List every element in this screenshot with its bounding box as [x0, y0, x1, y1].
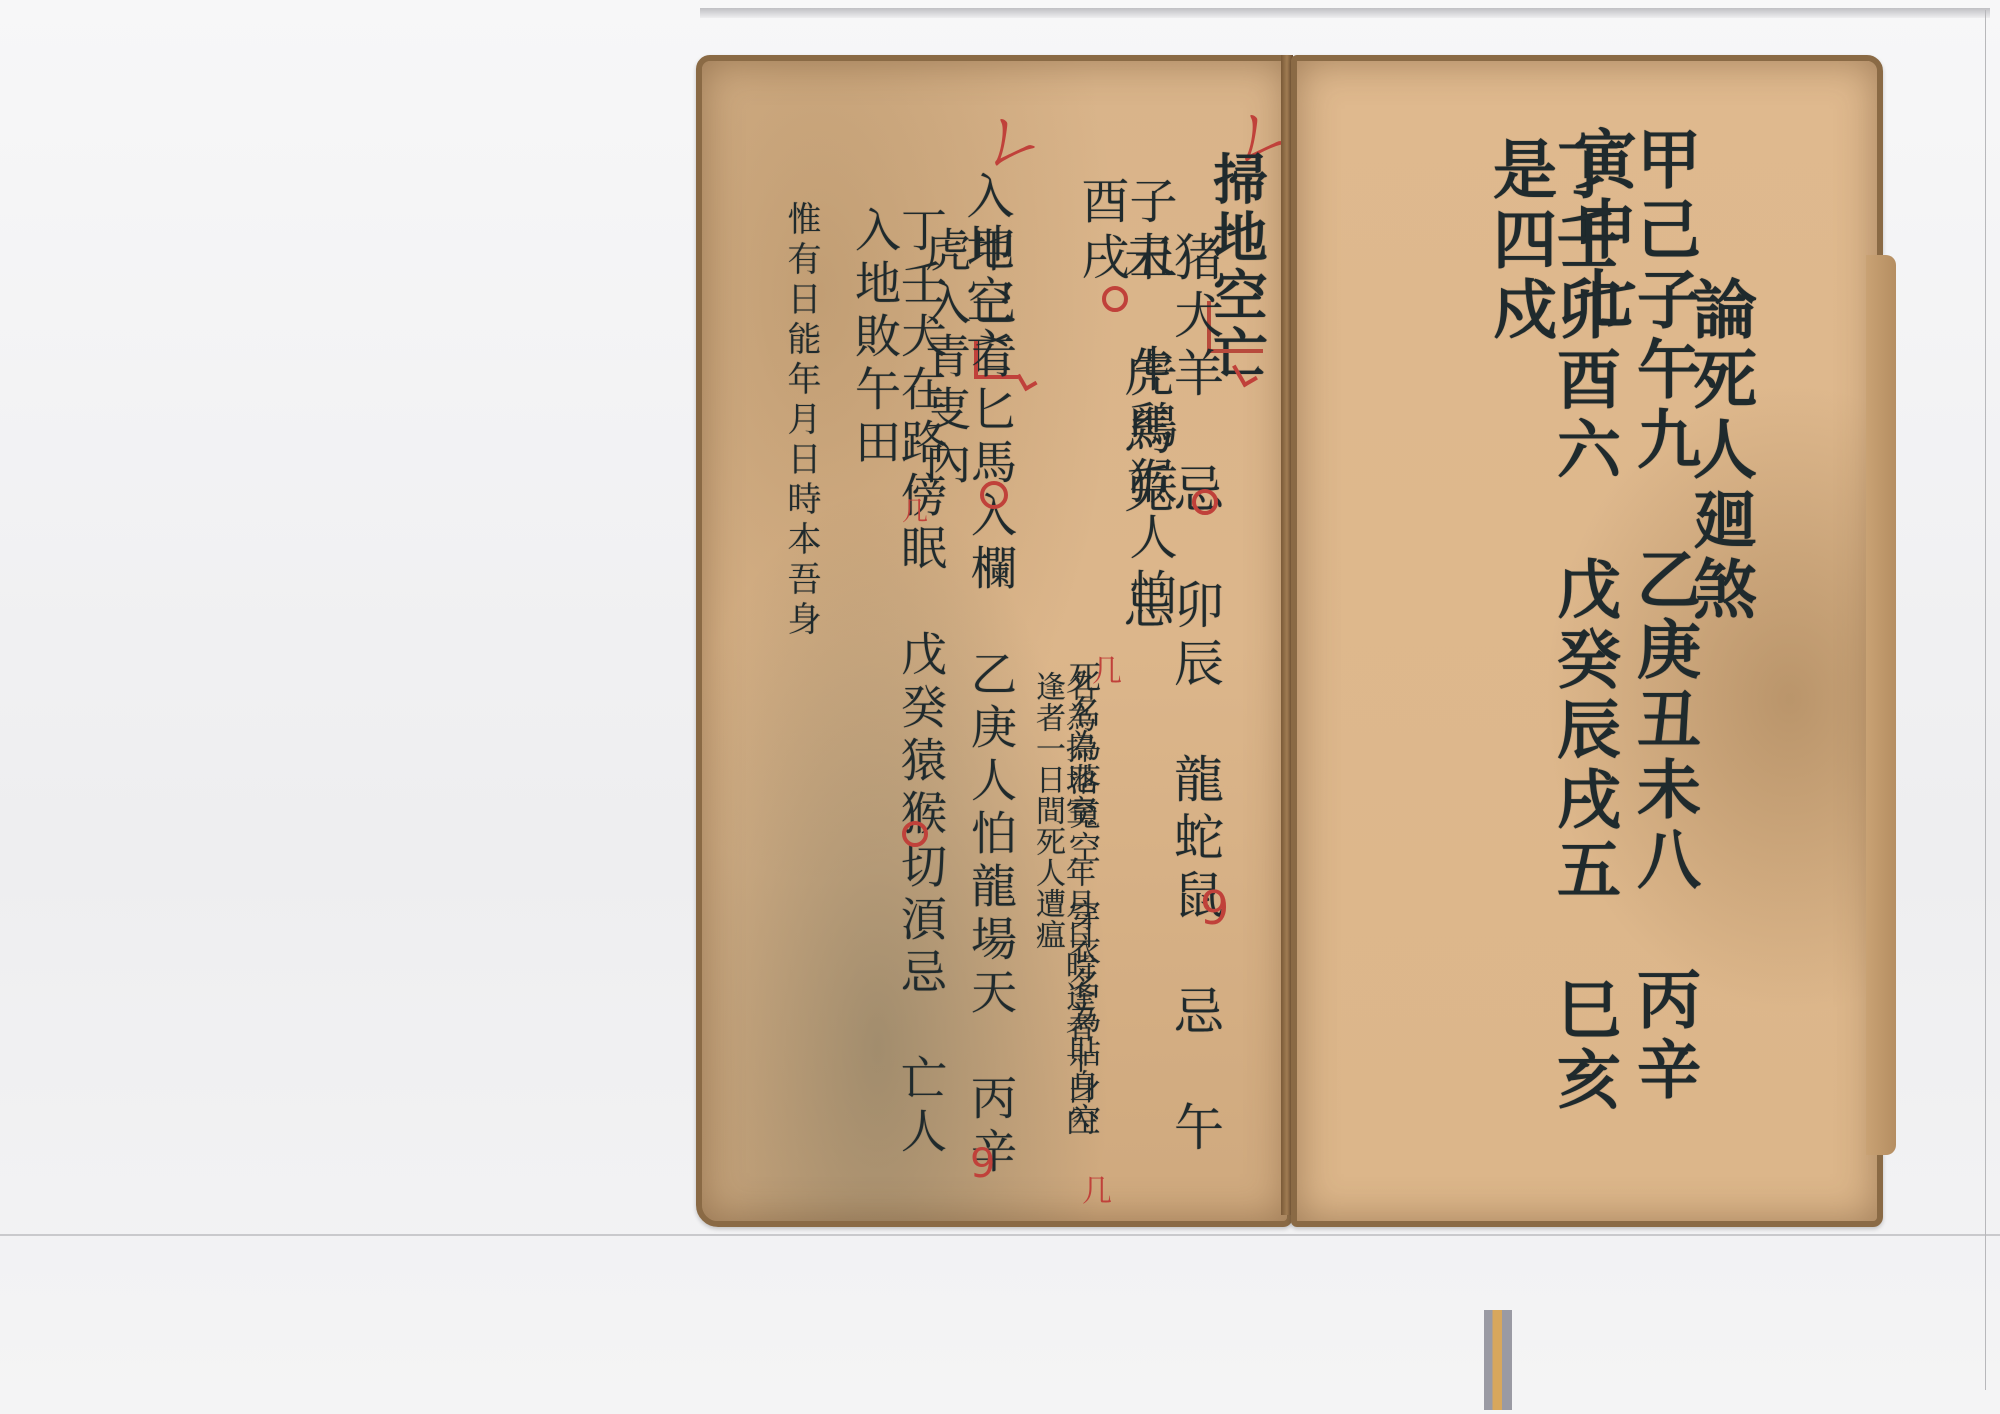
red-ji-mark: 几 [1092, 646, 1122, 690]
left-page: ㄥ ㄥ 掃地空亡 猪犬羊 忌 卯辰 龍蛇鼠 忌 午未 虎馬兎 忌 子丑 牛鷄猴人… [696, 55, 1293, 1227]
red-circle-mark [902, 821, 928, 847]
red-circle-mark [980, 481, 1008, 509]
column-only-day: 惟有日能年月日時本吾身 [784, 201, 818, 801]
red-circle-mark [1102, 286, 1128, 312]
right-page: 論死人廻煞 甲己子午九 乙庚丑未八 丙辛寅申七 丁壬卯酉六 戊癸辰戌五 巳亥是四… [1291, 55, 1883, 1227]
manuscript-spread: ㄥ ㄥ 掃地空亡 猪犬羊 忌 卯辰 龍蛇鼠 忌 午未 虎馬兎 忌 子丑 牛鷄猴人… [696, 55, 1896, 1215]
red-ji-mark: 几 [1082, 1166, 1112, 1210]
scan-edge-line [1985, 10, 1986, 1390]
red-ji-mark: 几 [902, 491, 928, 528]
red-nine-mark: 9 [1200, 881, 1229, 935]
page-edge-flap [1866, 255, 1896, 1155]
red-nine-mark: 9 [970, 1141, 995, 1187]
binding-clip [1484, 1310, 1512, 1410]
column-sweep-ground-note: 名為掃地空 年月日時逢者十日內 逢者一日間死人遭瘟 [1032, 671, 1092, 1191]
red-check-mark [1016, 369, 1037, 392]
red-circle-mark [1192, 489, 1218, 515]
column-ding-ren-dog: 丁壬犬在路傍眠 戊癸猿猴切湏忌 亡人入地敗午田 [852, 206, 944, 1206]
column-ding-ren-mao-you: 丁壬卯酉六 戊癸辰戌五 巳亥是四戍 [1487, 136, 1615, 1136]
scan-shadow [700, 8, 1990, 18]
column-zi-chou: 子丑 牛鷄猴人怕酉戌 [1077, 176, 1173, 626]
